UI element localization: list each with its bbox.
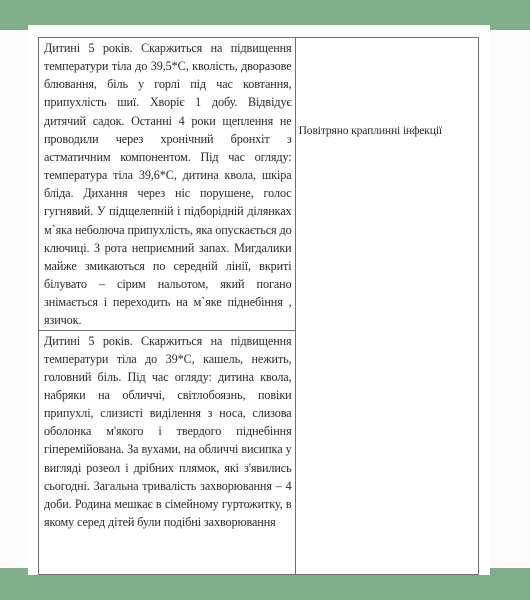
clinical-cases-table: Дитині 5 років. Скаржиться на підвищення…	[38, 37, 479, 575]
case-cell: Дитині 5 років. Скаржиться на підвищення…	[39, 330, 296, 574]
case-description: Дитині 5 років. Скаржиться на підвищення…	[39, 331, 295, 532]
table-row: Дитині 5 років. Скаржиться на підвищення…	[39, 38, 479, 331]
infection-group-label: Повітряно краплинні інфекції	[296, 38, 478, 137]
case-description: Дитині 5 років. Скаржиться на підвищення…	[39, 38, 295, 330]
case-cell: Дитині 5 років. Скаржиться на підвищення…	[39, 38, 296, 331]
answer-cell: Повітряно краплинні інфекції	[295, 38, 478, 575]
